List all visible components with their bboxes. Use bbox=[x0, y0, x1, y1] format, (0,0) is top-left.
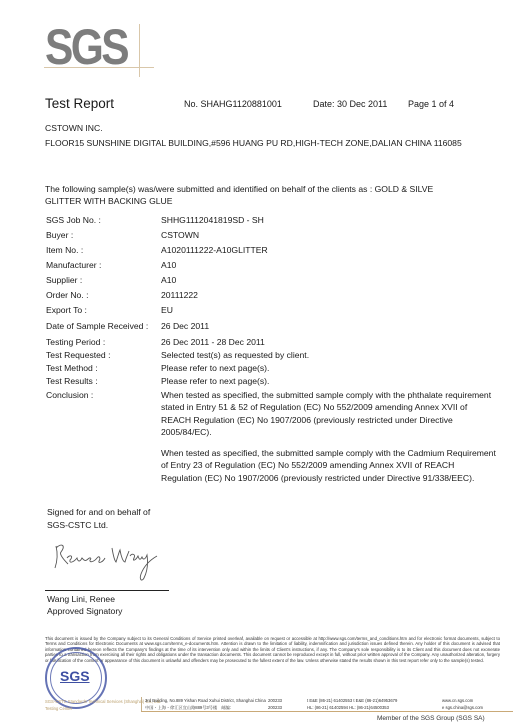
field-value: A10 bbox=[161, 275, 176, 285]
field-value: 26 Dec 2011 bbox=[161, 321, 209, 331]
field-label: Date of Sample Received : bbox=[46, 321, 148, 331]
footer-company-line-1: SGS-CSTC Standards Technical Services (S… bbox=[45, 699, 161, 706]
footer-postcode: 200233 200233 bbox=[268, 698, 282, 711]
conclusion-label: Conclusion : bbox=[46, 390, 93, 400]
client-address: FLOOR15 SUNSHINE DIGITAL BUILDING,#596 H… bbox=[45, 138, 462, 148]
signatory-name: Wang Lini, Renee bbox=[47, 594, 115, 604]
report-title: Test Report bbox=[45, 96, 114, 111]
field-label: Test Method : bbox=[46, 363, 98, 373]
intro-line-2: GLITTER WITH BACKING GLUE bbox=[45, 196, 173, 206]
conclusion-phthalate: When tested as specified, the submitted … bbox=[161, 389, 496, 438]
field-label: Order No. : bbox=[46, 290, 89, 300]
signature-scrawl-icon bbox=[52, 540, 162, 585]
footer-zip-1: 200233 bbox=[268, 698, 282, 705]
footer-address: 3rd Building, No.889 Yishan Road Xuhui D… bbox=[145, 698, 266, 711]
field-value: Selected test(s) as requested by client. bbox=[161, 350, 309, 360]
field-value: Please refer to next page(s). bbox=[161, 376, 269, 386]
field-label: SGS Job No. : bbox=[46, 215, 101, 225]
field-label: Item No. : bbox=[46, 245, 83, 255]
field-label: Test Requested : bbox=[46, 350, 111, 360]
signed-on-behalf: Signed for and on behalf of bbox=[47, 507, 150, 517]
field-value: SHHG1112041819SD - SH bbox=[161, 215, 264, 225]
field-value: 26 Dec 2011 - 28 Dec 2011 bbox=[161, 337, 265, 347]
sgs-stamp-text: SGS bbox=[60, 668, 90, 684]
field-label: Testing Period : bbox=[46, 337, 105, 347]
report-date: Date: 30 Dec 2011 bbox=[313, 99, 387, 109]
signature-line bbox=[45, 590, 169, 591]
field-value: CSTOWN bbox=[161, 230, 199, 240]
client-name: CSTOWN INC. bbox=[45, 123, 103, 133]
footer-address-en: 3rd Building, No.889 Yishan Road Xuhui D… bbox=[145, 698, 266, 705]
footer-separator bbox=[141, 697, 142, 711]
signatory-title: Approved Signatory bbox=[47, 606, 122, 616]
signature bbox=[52, 540, 162, 590]
field-value: EU bbox=[161, 305, 173, 315]
field-label: Buyer : bbox=[46, 230, 73, 240]
field-label: Export To : bbox=[46, 305, 87, 315]
footer-rule bbox=[141, 711, 513, 712]
footer-tel-1: t E&E (86-21) 61402553 t E&E (86-21)6495… bbox=[307, 698, 397, 705]
field-value: A10 bbox=[161, 260, 176, 270]
field-label: Test Results : bbox=[46, 376, 98, 386]
field-value: A1020111222-A10GLITTER bbox=[161, 245, 268, 255]
footer-contact: www.cn.sgs.com e sgs.china@sgs.com bbox=[442, 698, 483, 711]
footer-phone: t E&E (86-21) 61402553 t E&E (86-21)6495… bbox=[307, 698, 397, 711]
sgs-group-membership: Member of the SGS Group (SGS SA) bbox=[377, 715, 485, 722]
logo-vertical-rule bbox=[139, 24, 140, 77]
legal-disclaimer: This document is issued by the Company s… bbox=[45, 636, 500, 663]
field-value: Please refer to next page(s). bbox=[161, 363, 269, 373]
page-indicator: Page 1 of 4 bbox=[408, 99, 454, 109]
intro-line-1: The following sample(s) was/were submitt… bbox=[45, 184, 433, 194]
conclusion-cadmium: When tested as specified, the submitted … bbox=[161, 447, 496, 484]
signing-company: SGS-CSTC Ltd. bbox=[47, 520, 108, 530]
field-value: 20111222 bbox=[161, 290, 198, 300]
report-number: No. SHAHG1120881001 bbox=[184, 99, 282, 109]
sgs-logo: SGS bbox=[45, 22, 127, 72]
field-label: Manufacturer : bbox=[46, 260, 101, 270]
field-label: Supplier : bbox=[46, 275, 82, 285]
logo-horizontal-rule bbox=[44, 67, 154, 68]
